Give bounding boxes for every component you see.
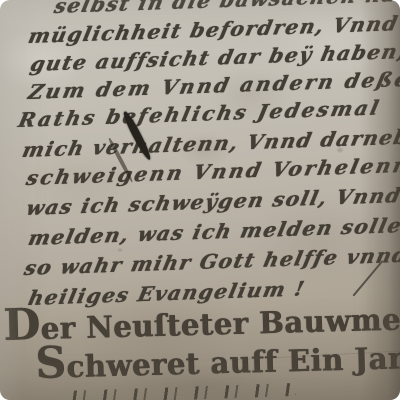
manuscript-photo: selbst in die bawsachen nach müglichheit…: [0, 0, 400, 400]
page-edge-shadow: [0, 0, 400, 400]
